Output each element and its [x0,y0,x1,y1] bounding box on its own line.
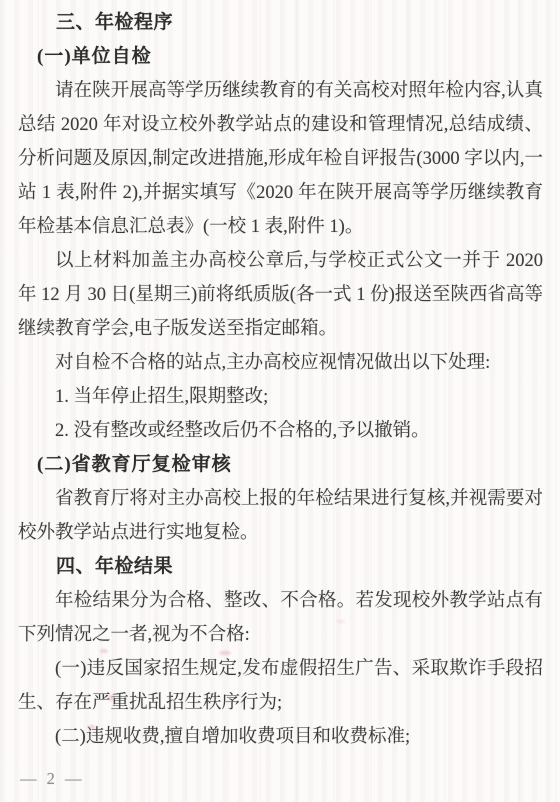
paragraph: (一)违反国家招生规定,发布虚假招生广告、采取欺诈手段招生、存在严重扰乱招生秩序… [18,652,543,720]
document-body: 三、年检程序(一)单位自检请在陕开展高等学历继续教育的有关高校对照年检内容,认真… [18,6,543,754]
scan-artifact [108,695,114,701]
heading-2: (二)省教育厅复检审核 [18,448,543,482]
heading-1: 四、年检结果 [18,550,543,584]
document-page: 三、年检程序(一)单位自检请在陕开展高等学历继续教育的有关高校对照年检内容,认真… [0,0,560,802]
scan-artifact [336,620,345,623]
scan-artifact [100,649,108,653]
list-item: 1. 当年停止招生,限期整改; [18,380,543,414]
list-item: 2. 没有整改或经整改后仍不合格的,予以撤销。 [18,414,543,448]
paragraph: 年检结果分为合格、整改、不合格。若发现校外教学站点有下列情况之一者,视为不合格: [18,584,543,652]
paragraph: 以上材料加盖主办高校公章后,与学校正式公文一并于 2020 年 12 月 30 … [18,244,543,346]
paragraph: 请在陕开展高等学历继续教育的有关高校对照年检内容,认真总结 2020 年对设立校… [18,74,543,244]
scan-artifact [219,651,231,655]
scan-artifact [88,725,95,729]
paragraph: 对自检不合格的站点,主办高校应视情况做出以下处理: [18,346,543,380]
heading-1: 三、年检程序 [18,6,543,40]
page-number: — 2 — [20,769,85,789]
paragraph: (二)违规收费,擅自增加收费项目和收费标准; [18,720,543,754]
heading-2: (一)单位自检 [18,40,543,74]
paragraph: 省教育厅将对主办高校上报的年检结果进行复核,并视需要对校外教学站点进行实地复检。 [18,482,543,550]
